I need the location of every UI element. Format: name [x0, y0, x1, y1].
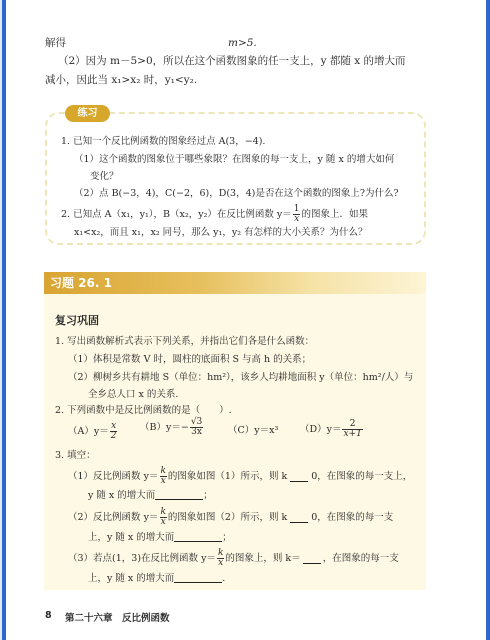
answer-blank[interactable]	[155, 489, 203, 500]
practice-label: 练习	[65, 105, 110, 122]
text: 的图象如图（2）所示，则 k	[168, 511, 287, 525]
text: ，在图象的每一支	[323, 552, 399, 566]
q2-option-d: （D）y＝ 2x+1	[300, 420, 364, 439]
solution-line-3: 减小，因此当 x₁>x₂ 时，y₁<y₂.	[45, 73, 197, 87]
practice-item-1-1b: 变化？	[90, 170, 119, 184]
text: 上，y 随 x 的增大而	[88, 573, 174, 584]
practice-item-1-2: （2）点 B(−3，4)，C(−2，6)，D(3，4)是否在这个函数的图象上?为…	[74, 187, 399, 201]
practice-fraction: 1 x	[293, 205, 301, 224]
fraction-numerator: √3	[190, 418, 203, 427]
text: 的图象如图（1）所示，则 k	[168, 470, 287, 484]
option-label: （B）y＝−	[140, 421, 189, 435]
chapter-title: 第二十六章 反比例函数	[65, 610, 170, 624]
q3-part-2b: 上，y 随 x 的增大而；	[88, 531, 232, 545]
text: 的图象上，则 k＝	[225, 552, 300, 566]
fraction-numerator: k	[159, 467, 166, 476]
answer-blank[interactable]	[174, 572, 222, 583]
q1-part-2b: 全乡总人口 x 的关系.	[88, 388, 178, 402]
q2-option-a: （A）y＝ x2	[68, 422, 118, 441]
fraction-numerator: 2	[349, 420, 357, 429]
text: ；	[222, 532, 232, 543]
q3-part-2: （2）反比例函数 y＝ kx 的图象如图（2）所示，则 k 0，在图象的每一支	[68, 508, 393, 527]
text: （2）反比例函数 y＝	[68, 511, 158, 525]
practice-item-1-1: （1）这个函数的图象位于哪些象限？在图象的每一支上，y 随 x 的增大如何	[74, 153, 394, 167]
text: y 随 x 的增大而	[88, 490, 155, 501]
q3-stem: 3. 填空：	[55, 449, 96, 463]
text: 0，在图象的每一支上，	[311, 470, 412, 484]
fraction-denominator: 2	[110, 431, 118, 441]
q1-part-2: （2）柳树乡共有耕地 S（单位：hm²），该乡人均耕地面积 y（单位：hm²/人…	[68, 371, 413, 385]
q1-stem: 1. 写出函数解析式表示下列关系，并指出它们各是什么函数：	[55, 335, 314, 349]
q1-part-1: （1）体积是常数 V 时，圆柱的底面积 S 与高 h 的关系；	[68, 353, 311, 367]
fraction-denominator: x	[217, 558, 224, 568]
fraction-denominator: x	[160, 476, 167, 486]
answer-blank[interactable]	[290, 471, 308, 482]
text: 0，在图象的每一支	[311, 511, 393, 525]
text: 上，y 随 x 的增大而	[88, 532, 174, 543]
fraction-denominator: x	[293, 214, 300, 224]
solution-label: 解得	[45, 36, 66, 50]
solution-line-2: （2）因为 m－5>0，所以在这个函数图象的任一支上，y 都随 x 的增大而	[58, 54, 406, 68]
answer-blank[interactable]	[290, 512, 308, 523]
fraction-numerator: x	[110, 422, 117, 431]
practice-item-2-text: 2. 已知点 A（x₁，y₁），B（x₂，y₂）在反比例函数 y＝	[61, 208, 292, 222]
option-label: （D）y＝	[300, 423, 341, 437]
q3-part-1b: y 随 x 的增大而；	[88, 489, 213, 503]
fraction-numerator: 1	[293, 205, 301, 214]
fraction-denominator: 3x	[190, 427, 203, 437]
practice-item-2-tail: 的图象上．如果	[302, 208, 369, 222]
q2-option-c: （C）y＝x³	[228, 424, 278, 438]
text: ；	[203, 490, 213, 501]
text: （1）反比例函数 y＝	[68, 470, 158, 484]
practice-item-2b: x₁<x₂，而且 x₁，x₂ 同号，那么 y₁，y₂ 有怎样的大小关系？为什么？	[74, 226, 368, 240]
exercise-title: 习题 26. 1	[50, 274, 112, 292]
q2-stem: 2. 下列函数中是反比例函数的是（ ）.	[55, 404, 232, 418]
page-number: 8	[45, 610, 52, 621]
solution-value: m>5.	[228, 36, 257, 50]
practice-item-2: 2. 已知点 A（x₁，y₁），B（x₂，y₂）在反比例函数 y＝ 1 x 的图…	[61, 205, 368, 224]
answer-blank[interactable]	[174, 531, 222, 542]
section-title: 复习巩固	[55, 312, 99, 328]
right-border-bar	[486, 0, 490, 640]
fraction-denominator: x+1	[342, 429, 362, 439]
q3-part-1: （1）反比例函数 y＝ kx 的图象如图（1）所示，则 k 0，在图象的每一支上…	[68, 467, 412, 486]
text: （3）若点(1，3)在反比例函数 y＝	[68, 552, 216, 566]
fraction-numerator: k	[217, 549, 224, 558]
left-border-bar	[2, 0, 6, 640]
q3-part-3: （3）若点(1，3)在反比例函数 y＝ kx 的图象上，则 k＝ ，在图象的每一…	[68, 549, 399, 568]
q3-part-3b: 上，y 随 x 的增大而.	[88, 572, 225, 586]
text: .	[222, 573, 225, 584]
fraction-denominator: x	[160, 517, 167, 527]
q2-option-b: （B）y＝− √33x	[140, 418, 204, 437]
answer-blank[interactable]	[303, 553, 321, 564]
practice-item-1: 1. 已知一个反比例函数的图象经过点 A(3，−4).	[61, 135, 265, 149]
fraction-numerator: k	[159, 508, 166, 517]
option-label: （A）y＝	[68, 425, 109, 439]
